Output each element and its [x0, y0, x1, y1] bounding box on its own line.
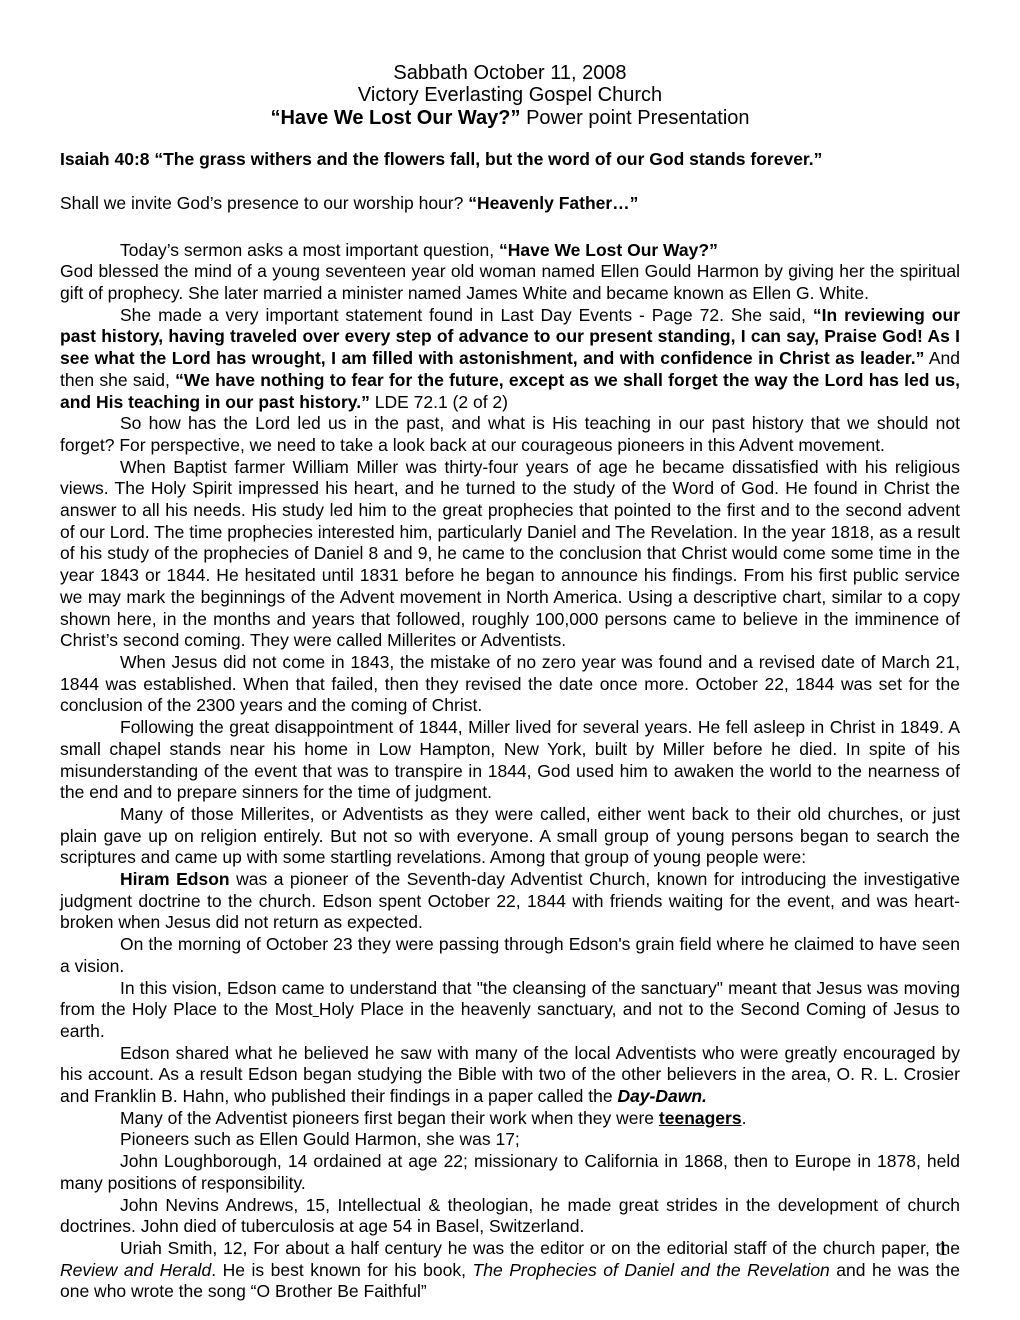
- paragraph-teenagers: Many of the Adventist pioneers first beg…: [60, 1108, 960, 1130]
- paragraph-morning-october: On the morning of October 23 they were p…: [60, 934, 960, 977]
- text-run: Following the great disappointment of 18…: [60, 717, 960, 802]
- paragraph-andrews: John Nevins Andrews, 15, Intellectual & …: [60, 1195, 960, 1238]
- text-run: On the morning of October 23 they were p…: [60, 934, 960, 976]
- text-run: Isaiah 40:8 “The grass withers and the f…: [60, 149, 822, 169]
- text-run: Many of those Millerites, or Adventists …: [60, 804, 960, 867]
- text-run: “Heavenly Father…”: [468, 193, 638, 213]
- text-run: Hiram Edson: [120, 869, 230, 889]
- spacer: [60, 215, 960, 240]
- paragraph-many-millerites: Many of those Millerites, or Adventists …: [60, 804, 960, 869]
- text-run: John Loughborough, 14 ordained at age 22…: [60, 1151, 960, 1193]
- text-run: Review and Herald: [60, 1260, 211, 1280]
- text-run: Shall we invite God’s presence to our wo…: [60, 193, 468, 213]
- paragraph-following: Following the great disappointment of 18…: [60, 717, 960, 804]
- text-run: .: [742, 1108, 747, 1128]
- text-run: Many of the Adventist pioneers first beg…: [120, 1108, 659, 1128]
- paragraph-when-jesus: When Jesus did not come in 1843, the mis…: [60, 652, 960, 717]
- paragraph-pioneers-harmon: Pioneers such as Ellen Gould Harmon, she…: [60, 1129, 960, 1151]
- text-run: The Prophecies of Daniel and the Revelat…: [473, 1260, 830, 1280]
- spacer: [60, 171, 960, 193]
- paragraph-so-how: So how has the Lord led us in the past, …: [60, 413, 960, 456]
- paragraph-when-baptist: When Baptist farmer William Miller was t…: [60, 457, 960, 652]
- paragraph-she-made: She made a very important statement foun…: [60, 305, 960, 414]
- text-run: “Have We Lost Our Way?”: [270, 107, 520, 129]
- text-run: Sabbath October 11, 2008: [393, 62, 626, 84]
- text-run: She made a very important statement foun…: [120, 305, 813, 325]
- text-run: So how has the Lord led us in the past, …: [60, 413, 960, 455]
- text-run: teenagers: [659, 1108, 742, 1128]
- paragraph-god-blessed: God blessed the mind of a young seventee…: [60, 261, 960, 304]
- paragraph-uriah-smith: Uriah Smith, 12, For about a half centur…: [60, 1238, 960, 1303]
- document-content: Sabbath October 11, 2008Victory Everlast…: [60, 62, 960, 1303]
- paragraph-todays-sermon: Today’s sermon asks a most important que…: [60, 240, 960, 262]
- text-run: Victory Everlasting Gospel Church: [358, 84, 662, 106]
- paragraph-edson-shared: Edson shared what he believed he saw wit…: [60, 1043, 960, 1108]
- text-run: “We have nothing to fear for the future,…: [60, 370, 960, 412]
- paragraph-invite: Shall we invite God’s presence to our wo…: [60, 193, 960, 215]
- paragraph-hiram-edson: Hiram Edson was a pioneer of the Seventh…: [60, 869, 960, 934]
- text-run: John Nevins Andrews, 15, Intellectual & …: [60, 1195, 960, 1237]
- paragraph-isaiah: Isaiah 40:8 “The grass withers and the f…: [60, 149, 960, 171]
- text-run: Pioneers such as Ellen Gould Harmon, she…: [120, 1129, 520, 1149]
- text-run: “Have We Lost Our Way?”: [499, 240, 718, 260]
- page-number: 1: [938, 1238, 948, 1261]
- header-line-2: Victory Everlasting Gospel Church: [60, 84, 960, 106]
- text-run: When Baptist farmer William Miller was t…: [60, 457, 960, 651]
- text-run: . He is best known for his book,: [211, 1260, 472, 1280]
- spacer: [60, 129, 960, 149]
- text-run: God blessed the mind of a young seventee…: [60, 261, 960, 303]
- text-run: Day-Dawn.: [617, 1086, 706, 1106]
- header-line-3: “Have We Lost Our Way?” Power point Pres…: [60, 107, 960, 129]
- text-run: Edson shared what he believed he saw wit…: [60, 1043, 960, 1106]
- paragraph-in-this-vision: In this vision, Edson came to understand…: [60, 978, 960, 1043]
- text-run: When Jesus did not come in 1843, the mis…: [60, 652, 960, 715]
- text-run: LDE 72.1 (2 of 2): [370, 392, 508, 412]
- text-run: Uriah Smith, 12, For about a half centur…: [120, 1238, 960, 1258]
- header-line-1: Sabbath October 11, 2008: [60, 62, 960, 84]
- text-run: Power point Presentation: [521, 107, 750, 129]
- text-run: Today’s sermon asks a most important que…: [120, 240, 499, 260]
- paragraph-loughborough: John Loughborough, 14 ordained at age 22…: [60, 1151, 960, 1194]
- document-page: Sabbath October 11, 2008Victory Everlast…: [0, 0, 1020, 1320]
